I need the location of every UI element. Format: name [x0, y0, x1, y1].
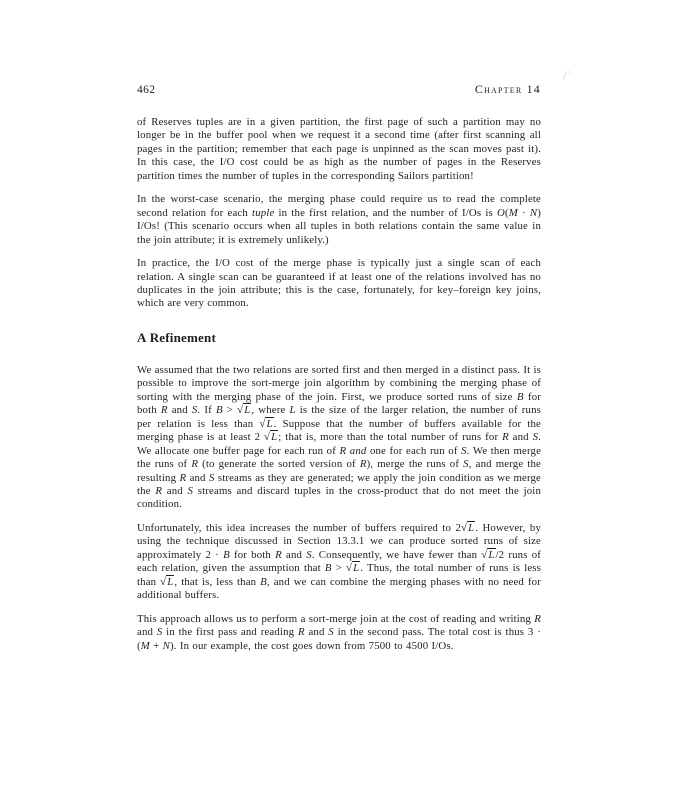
chapter-label: Chapter 14 [475, 82, 541, 97]
paragraph-worst-case: In the worst-case scenario, the merging … [137, 193, 541, 247]
sqrt-expression: √L [160, 575, 174, 588]
page-body: of Reserves tuples are in a given partit… [137, 116, 541, 663]
page-header: 462 Chapter 14 [137, 82, 541, 97]
sqrt-expression: √L [259, 417, 273, 430]
sqrt-expression: √L [481, 548, 495, 561]
sqrt-expression: √L [264, 430, 278, 443]
page-number: 462 [137, 84, 155, 96]
paragraph-refinement-idea: We assumed that the two relations are so… [137, 364, 541, 512]
scan-artifact [563, 70, 571, 81]
section-heading: A Refinement [137, 330, 541, 345]
paragraph-total-cost: This approach allows us to perform a sor… [137, 613, 541, 653]
paragraph-in-practice: In practice, the I/O cost of the merge p… [137, 257, 541, 311]
sqrt-expression: √L [461, 521, 475, 534]
paragraph-partition-cost: of Reserves tuples are in a given partit… [137, 116, 541, 183]
sqrt-expression: √L [346, 561, 360, 574]
sqrt-expression: √L [237, 403, 251, 416]
paragraph-buffer-analysis: Unfortunately, this idea increases the n… [137, 522, 541, 603]
book-page: 462 Chapter 14 of Reserves tuples are in… [0, 0, 680, 800]
